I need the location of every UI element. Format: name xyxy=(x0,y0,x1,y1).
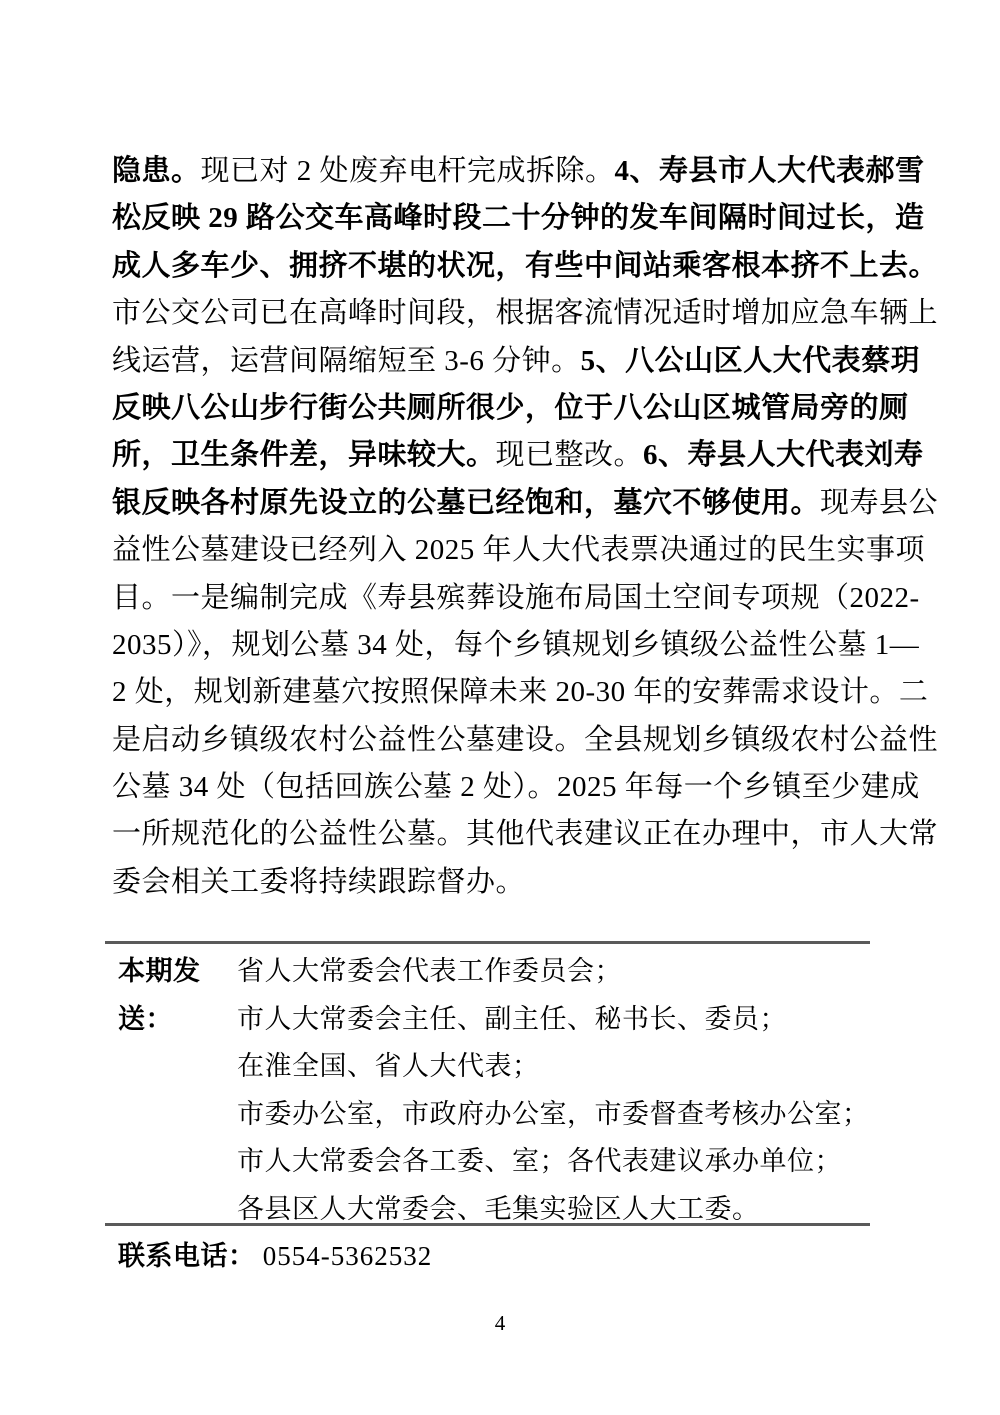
body-line: 是启动乡镇级农村公益性公墓建设。全县规划乡镇级农村公益性 xyxy=(112,717,862,764)
body-paragraph: 隐患。现已对 2 处废弃电杆完成拆除。4、寿县市人大代表郝雪松反映 29 路公交… xyxy=(112,148,862,906)
body-text-regular: 益性公墓建设已经列入 2025 年人大代表票决通过的民生实事项 xyxy=(112,534,925,566)
divider-top xyxy=(105,941,870,944)
body-text-regular: 目。一是编制完成《寿县殡葬设施布局国土空间专项规（2022- xyxy=(112,582,920,614)
body-text-bold: 隐患。 xyxy=(112,155,201,187)
body-text-bold: 5、八公山区人大代表蔡玥 xyxy=(581,345,921,377)
body-line: 银反映各村原先设立的公墓已经饱和，墓穴不够使用。现寿县公 xyxy=(112,480,862,527)
body-text-bold: 松反映 29 路公交车高峰时段二十分钟的发车间隔时间过长，造 xyxy=(112,202,925,234)
body-line: 所，卫生条件差，异味较大。现已整改。6、寿县人大代表刘寿 xyxy=(112,432,862,479)
divider-bottom xyxy=(105,1223,870,1226)
body-text-regular: 2 处，规划新建墓穴按照保障未来 20-30 年的安葬需求设计。二 xyxy=(112,676,928,708)
body-line: 成人多车少、拥挤不堪的状况，有些中间站乘客根本挤不上去。 xyxy=(112,243,862,290)
body-line: 隐患。现已对 2 处废弃电杆完成拆除。4、寿县市人大代表郝雪 xyxy=(112,148,862,195)
contact-label: 联系电话： xyxy=(118,1241,256,1271)
body-text-bold: 4、寿县市人大代表郝雪 xyxy=(615,155,925,187)
body-text-regular: 现已整改。 xyxy=(496,439,644,471)
document-page: 隐患。现已对 2 处废弃电杆完成拆除。4、寿县市人大代表郝雪松反映 29 路公交… xyxy=(0,0,1000,1415)
body-line: 线运营，运营间隔缩短至 3-6 分钟。5、八公山区人大代表蔡玥 xyxy=(112,338,862,385)
body-line: 一所规范化的公益性公墓。其他代表建议正在办理中，市人大常 xyxy=(112,811,862,858)
body-line: 市公交公司已在高峰时间段，根据客流情况适时增加应急车辆上 xyxy=(112,290,862,337)
recipient-item: 在淮全国、省人大代表； xyxy=(237,1043,870,1091)
contact-phone-number: 0554-5362532 xyxy=(263,1241,433,1271)
body-text-regular: 市公交公司已在高峰时间段，根据客流情况适时增加应急车辆上 xyxy=(112,297,938,329)
body-line: 公墓 34 处（包括回族公墓 2 处）。2025 年每一个乡镇至少建成 xyxy=(112,764,862,811)
body-text-regular: 公墓 34 处（包括回族公墓 2 处）。2025 年每一个乡镇至少建成 xyxy=(112,771,920,803)
distribution-block: 本期发送： 省人大常委会代表工作委员会；市人大常委会主任、副主任、秘书长、委员；… xyxy=(118,948,870,1233)
body-text-bold: 银反映各村原先设立的公墓已经饱和，墓穴不够使用。 xyxy=(112,487,820,519)
body-line: 益性公墓建设已经列入 2025 年人大代表票决通过的民生实事项 xyxy=(112,527,862,574)
body-text-regular: 2035）》，规划公墓 34 处，每个乡镇规划乡镇级公益性公墓 1— xyxy=(112,629,919,661)
recipient-item: 省人大常委会代表工作委员会； xyxy=(237,948,870,996)
recipient-list: 省人大常委会代表工作委员会；市人大常委会主任、副主任、秘书长、委员；在淮全国、省… xyxy=(237,948,870,1233)
body-text-regular: 委会相关工委将持续跟踪督办。 xyxy=(112,866,525,898)
contact-row: 联系电话： 0554-5362532 xyxy=(118,1238,432,1274)
body-line: 委会相关工委将持续跟踪督办。 xyxy=(112,859,862,906)
page-number: 4 xyxy=(0,1310,1000,1336)
body-text-regular: 是启动乡镇级农村公益性公墓建设。全县规划乡镇级农村公益性 xyxy=(112,724,938,756)
body-text-bold: 反映八公山步行街公共厕所很少，位于八公山区城管局旁的厕 xyxy=(112,392,909,424)
body-text-regular: 现寿县公 xyxy=(820,487,938,519)
body-text-bold: 所，卫生条件差，异味较大。 xyxy=(112,439,496,471)
body-line: 目。一是编制完成《寿县殡葬设施布局国土空间专项规（2022- xyxy=(112,575,862,622)
recipient-item: 市委办公室，市政府办公室，市委督查考核办公室； xyxy=(237,1091,870,1139)
body-line: 反映八公山步行街公共厕所很少，位于八公山区城管局旁的厕 xyxy=(112,385,862,432)
body-line: 2035）》，规划公墓 34 处，每个乡镇规划乡镇级公益性公墓 1— xyxy=(112,622,862,669)
recipient-item: 市人大常委会主任、副主任、秘书长、委员； xyxy=(237,996,870,1044)
body-line: 2 处，规划新建墓穴按照保障未来 20-30 年的安葬需求设计。二 xyxy=(112,669,862,716)
body-line: 松反映 29 路公交车高峰时段二十分钟的发车间隔时间过长，造 xyxy=(112,195,862,242)
body-text-bold: 6、寿县人大代表刘寿 xyxy=(643,439,924,471)
body-text-regular: 线运营，运营间隔缩短至 3-6 分钟。 xyxy=(112,345,581,377)
body-text-regular: 现已对 2 处废弃电杆完成拆除。 xyxy=(201,155,615,187)
recipient-item: 市人大常委会各工委、室；各代表建议承办单位； xyxy=(237,1138,870,1186)
distribution-label: 本期发送： xyxy=(118,948,237,1043)
body-text-bold: 成人多车少、拥挤不堪的状况，有些中间站乘客根本挤不上去。 xyxy=(112,250,938,282)
body-text-regular: 一所规范化的公益性公墓。其他代表建议正在办理中，市人大常 xyxy=(112,818,938,850)
